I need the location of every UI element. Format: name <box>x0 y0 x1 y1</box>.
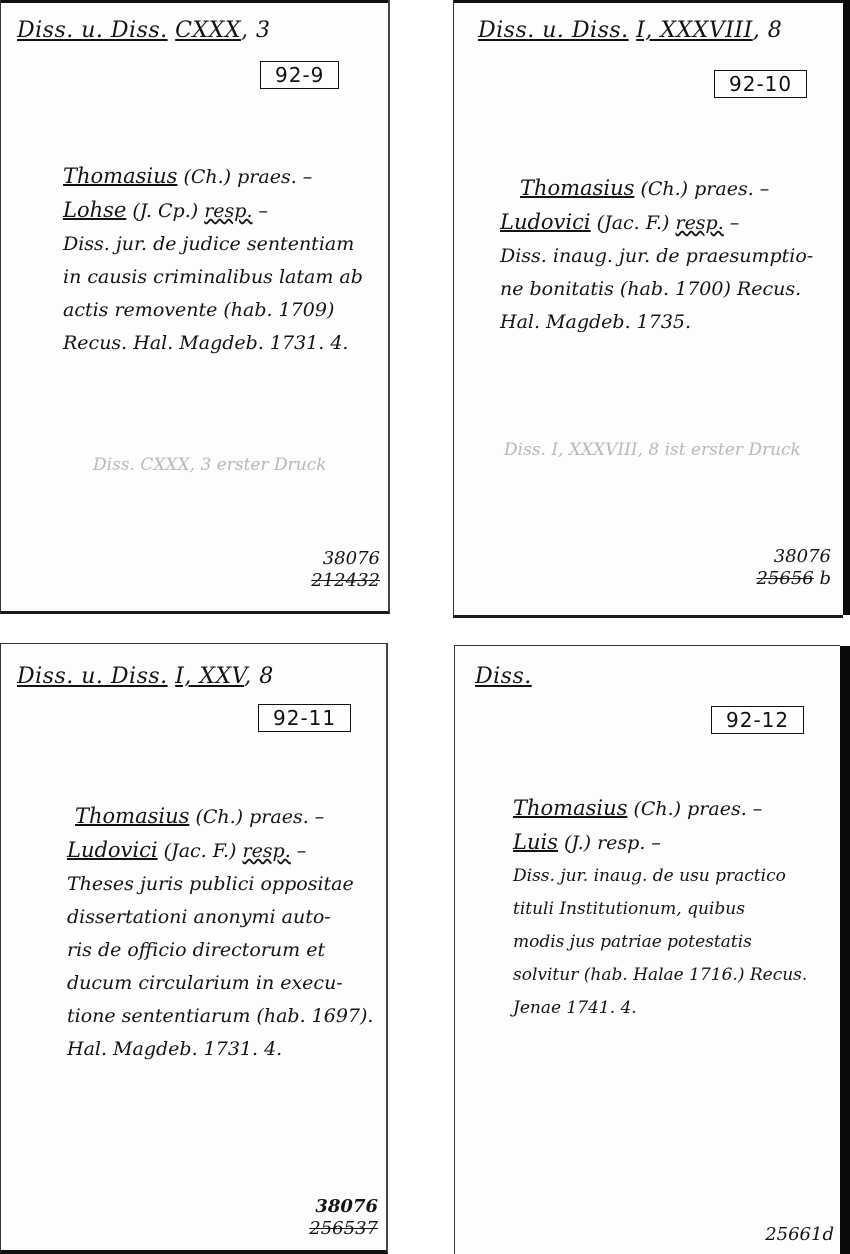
respondent-initials: (J.) <box>564 832 591 854</box>
title-line: ris de officio directorum et <box>67 934 373 967</box>
title-line: Theses juris publici oppositae <box>67 868 373 901</box>
title-line: Jenae 1741. 4. <box>513 992 807 1025</box>
respondent-name: Luis <box>513 830 558 854</box>
accession-number: 25661d <box>765 1224 834 1246</box>
praeses-line: Thomasius (Ch.) praes. – <box>513 792 807 826</box>
praeses-name: Thomasius <box>75 804 189 828</box>
call-number-box: 92-11 <box>258 704 351 732</box>
praeses-role: (Ch.) praes. – <box>183 166 312 188</box>
accession-number: 38076 212432 <box>311 548 380 592</box>
accession-current: 38076 <box>309 1196 378 1218</box>
praeses-name: Thomasius <box>63 164 177 188</box>
catalog-entry: Thomasius (Ch.) praes. – Ludovici (Jac. … <box>67 800 373 1066</box>
shelfmark-suffix: , 8 <box>753 18 782 43</box>
praeses-role: (Ch.) praes. – <box>633 798 762 820</box>
respondent-line: Ludovici (Jac. F.) resp. – <box>500 206 813 240</box>
title-line: Hal. Magdeb. 1735. <box>500 306 813 339</box>
respondent-name: Ludovici <box>67 838 158 862</box>
respondent-role: resp. <box>597 832 645 854</box>
respondent-initials: (J. Cp.) <box>132 200 198 222</box>
title-line: ne bonitatis (hab. 1700) Recus. <box>500 273 813 306</box>
title-line: solvitur (hab. Halae 1716.) Recus. <box>513 959 807 992</box>
respondent-name: Lohse <box>63 198 126 222</box>
catalog-card-92-12: Diss. 92-12 Thomasius (Ch.) praes. – Lui… <box>454 645 840 1254</box>
respondent-role: resp. <box>675 212 723 234</box>
praeses-name: Thomasius <box>520 176 634 200</box>
title-line: modis jus patriae potestatis <box>513 926 807 959</box>
respondent-name: Ludovici <box>500 210 591 234</box>
title-line: Diss. inaug. jur. de praesumptio- <box>500 240 813 273</box>
title-line: ducum circularium in execu- <box>67 967 373 1000</box>
accession-old: 25661 <box>765 1224 822 1245</box>
accession-number: 38076 25656 b <box>756 546 831 590</box>
shelfmark-suffix: , 3 <box>241 18 270 43</box>
shelfmark-volume: I, XXV <box>175 664 244 689</box>
shelfmark-prefix: Diss. <box>475 664 532 689</box>
title-line: tituli Institutionum, quibus <box>513 893 807 926</box>
call-number-box: 92-9 <box>260 61 339 89</box>
title-line: Hal. Magdeb. 1731. 4. <box>67 1033 373 1066</box>
title-line: Diss. jur. de judice sententiam <box>63 228 363 261</box>
praeses-line: Thomasius (Ch.) praes. – <box>63 160 363 194</box>
title-line: actis removente (hab. 1709) <box>63 294 363 327</box>
respondent-line: Lohse (J. Cp.) resp. – <box>63 194 363 228</box>
respondent-line: Ludovici (Jac. F.) resp. – <box>67 834 373 868</box>
catalog-entry: Thomasius (Ch.) praes. – Ludovici (Jac. … <box>500 172 813 339</box>
respondent-dash: – <box>724 212 740 234</box>
praeses-name: Thomasius <box>513 796 627 820</box>
shelfmark-prefix: Diss. u. Diss. <box>478 18 629 43</box>
respondent-role: resp. <box>242 840 290 862</box>
shelfmark-prefix: Diss. u. Diss. <box>17 664 168 689</box>
praeses-line: Thomasius (Ch.) praes. – <box>500 172 813 206</box>
catalog-card-92-11: Diss. u. Diss. I, XXV, 8 92-11 Thomasius… <box>0 643 388 1254</box>
praeses-line: Thomasius (Ch.) praes. – <box>67 800 373 834</box>
respondent-initials: (Jac. F.) <box>597 212 670 234</box>
title-line: in causis criminalibus latam ab <box>63 261 363 294</box>
title-line: tione sententiarum (hab. 1697). <box>67 1000 373 1033</box>
title-line: Recus. Hal. Magdeb. 1731. 4. <box>63 327 363 360</box>
call-number-box: 92-10 <box>714 70 807 98</box>
respondent-line: Luis (J.) resp. – <box>513 826 807 860</box>
shelfmark: Diss. <box>475 664 532 689</box>
catalog-card-92-9: Diss. u. Diss. CXXX, 3 92-9 Thomasius (C… <box>0 0 390 614</box>
title-line: dissertationi anonymi auto- <box>67 901 373 934</box>
respondent-initials: (Jac. F.) <box>164 840 237 862</box>
praeses-role: (Ch.) praes. – <box>195 806 324 828</box>
catalog-card-92-10: Diss. u. Diss. I, XXXVIII, 8 92-10 Thoma… <box>453 0 843 618</box>
pencil-note: Diss. I, XXXVIII, 8 ist erster Druck <box>504 440 801 460</box>
accession-old: 212432 <box>311 570 380 592</box>
respondent-dash: – <box>645 832 661 854</box>
call-number-box: 92-12 <box>711 706 804 734</box>
praeses-role: (Ch.) praes. – <box>640 178 769 200</box>
shelfmark-prefix: Diss. u. Diss. <box>17 18 168 43</box>
accession-current: 38076 <box>311 548 380 570</box>
accession-old: 25656 <box>756 568 813 589</box>
pencil-note: Diss. CXXX, 3 erster Druck <box>93 455 327 475</box>
catalog-entry: Thomasius (Ch.) praes. – Luis (J.) resp.… <box>513 792 807 1025</box>
respondent-dash: – <box>253 200 269 222</box>
accession-number: 38076 256537 <box>309 1196 378 1240</box>
accession-old: 256537 <box>309 1218 378 1240</box>
title-line: Diss. jur. inaug. de usu practico <box>513 860 807 893</box>
respondent-role: resp. <box>204 200 252 222</box>
shelfmark-suffix: , 8 <box>244 664 273 689</box>
shelfmark: Diss. u. Diss. I, XXXVIII, 8 <box>478 18 782 43</box>
respondent-dash: – <box>291 840 307 862</box>
shelfmark-volume: CXXX <box>175 18 241 43</box>
accession-suffix: d <box>822 1224 834 1245</box>
shelfmark: Diss. u. Diss. CXXX, 3 <box>17 18 270 43</box>
catalog-entry: Thomasius (Ch.) praes. – Lohse (J. Cp.) … <box>63 160 363 360</box>
accession-current: 38076 <box>756 546 831 568</box>
accession-suffix: b <box>819 568 831 589</box>
shelfmark: Diss. u. Diss. I, XXV, 8 <box>17 664 274 689</box>
shelfmark-volume: I, XXXVIII <box>636 18 753 43</box>
